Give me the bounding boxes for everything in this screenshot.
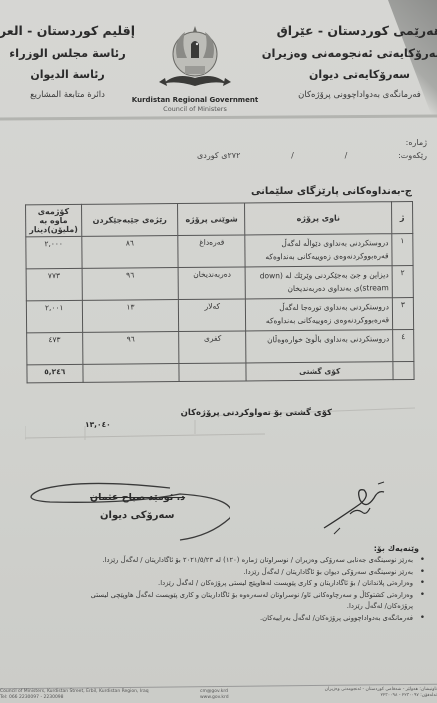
cell-name: دیزاین و جێ بەجێكردنی وێرێك لە (down str… <box>245 266 392 299</box>
cell-location: قەرەداغ <box>178 235 245 268</box>
cc-title: وێنەیەك بۆ: <box>374 544 419 553</box>
footer-english-address: Council of Ministers, Kurdistan Street, … <box>0 689 149 701</box>
cell-num: ٤ <box>393 329 414 361</box>
cell-location: دەربەندیخان <box>179 267 246 300</box>
footer-english-line2: Tel: 066 2230097 - 2230098 <box>0 695 149 701</box>
cc-list: بەرێز نوسینگەی جەنابی سەرۆكی وەزیران / ن… <box>13 555 427 624</box>
col-header-num: ژ <box>392 202 413 234</box>
footer-kurdish-line2: تەلەفۆن: ٢٢٣٠٠٩٧ - ٢٢٣٠٠٩٨ <box>325 693 437 699</box>
signatory-name: د. ئومێد صباح عثمان <box>90 492 185 503</box>
cell-num: ٢ <box>392 266 413 298</box>
header-arabic: إقليم كوردستان - العراق رئاسة مجلس الوزر… <box>0 20 135 104</box>
logo-caption-krg: Kurdistan Regional Government <box>130 96 260 105</box>
grand-total-label: كۆی گشتی بۆ تەواوكردنی پرۆژەكان <box>181 408 332 418</box>
table-header-row: ژ ناوی پرۆژە شوێنی پرۆژە رێژەی جێبەجێكرد… <box>26 202 413 237</box>
col-header-completion: رێژەی جێبەجێكردن <box>81 204 178 237</box>
col-header-location: شوێنی پرۆژە <box>178 203 245 236</box>
cell-empty <box>83 364 180 383</box>
logo-caption-council: Council of Ministers <box>130 105 260 114</box>
header-kurdish-council: سەرۆكایەتی ئەنجومەنی وەزیران <box>272 42 437 64</box>
cell-name: دروستكردنی بەنداوی باڵوێ خوارەوەڵان <box>246 330 393 363</box>
date-year: ٢٧٢ی كوردی <box>197 151 240 160</box>
cell-cost: ٢,٠٠٠ <box>26 236 82 268</box>
cell-location: كەلار <box>179 299 246 332</box>
header-arabic-region: إقليم كوردستان - العراق <box>0 20 135 42</box>
cell-completion: ٩٦ <box>82 332 179 365</box>
header-arabic-diwan: رئاسة الديوان <box>0 64 135 86</box>
date-slash-2: / <box>291 151 294 160</box>
date-label: رێكەوت: <box>398 151 427 160</box>
projects-table: ژ ناوی پرۆژە شوێنی پرۆژە رێژەی جێبەجێكرد… <box>25 201 415 383</box>
cc-item: بەرێز نوسینگەی سەرۆكی دیوان بۆ ئاگاداریت… <box>13 567 413 579</box>
cell-name: دروستكردنی بەنداوی دێواڵە لەگەڵ قەرەبووك… <box>245 234 392 267</box>
header-kurdish: هەرێمی كوردستان - عێراق سەرۆكایەتی ئەنجو… <box>272 20 437 104</box>
grand-total-value: ١٣,٠٤٠ <box>85 420 111 429</box>
cc-item: فەرمانگەی بەدواداچوونی پرۆژەكان/ لەگەڵ ب… <box>13 613 413 625</box>
footer-kurdish-address: ناونیشان: هەولێر - شەقامی كوردستان - ئەن… <box>325 687 437 699</box>
table-row: ٢ دیزاین و جێ بەجێكردنی وێرێك لە (down s… <box>26 266 413 301</box>
header-arabic-department: دائرة متابعة المشاريع <box>0 86 135 104</box>
cell-cost: ٧٧٣ <box>26 268 82 300</box>
table-total-row: كۆی گشتی ٥,٢٤٦ <box>27 361 414 382</box>
cell-empty <box>393 361 414 379</box>
footer-website: www.gov.krd <box>200 695 229 701</box>
section-title: ج-بەنداوەكانی پارێزگای سلێمانی <box>251 186 412 197</box>
header-divider <box>0 114 437 120</box>
cell-num: ١ <box>392 234 413 266</box>
table-row: ١ دروستكردنی بەنداوی دێواڵە لەگەڵ قەرەبو… <box>26 234 413 269</box>
logo-caption: Kurdistan Regional Government Council of… <box>130 96 260 114</box>
col-header-cost: كۆژمەی ماوە بە (ملیۆن)دینار <box>26 204 82 236</box>
signatory-title: سەرۆكی دیوان <box>100 510 174 521</box>
cc-item: وەزارەتی پلاندانان / بۆ ئاگاداریتان و كا… <box>13 578 413 590</box>
cell-cost: ٢,٠٠١ <box>26 300 82 332</box>
cc-item: وەزارەتی كشتوكاڵ و سەرچاوەكانی ئاو/ نوسر… <box>13 590 413 602</box>
cell-empty <box>179 363 246 382</box>
handwritten-signature-icon <box>320 478 390 538</box>
date-slash-1: / <box>345 151 348 160</box>
col-header-name: ناوی پرۆژە <box>245 202 392 235</box>
header-kurdish-region: هەرێمی كوردستان - عێراق <box>272 20 437 42</box>
cell-cost: ٤٧٣ <box>27 332 83 364</box>
cell-location: كفری <box>179 331 246 364</box>
header-arabic-council: رئاسة مجلس الوزراء <box>0 42 135 64</box>
total-label: كۆی گشتی <box>246 362 393 381</box>
table-row: ٣ دروستكردنی بەنداوی تورەجا لەگەڵ قەرەبو… <box>26 298 413 333</box>
cell-completion: ٨٦ <box>81 236 178 269</box>
cell-completion: ٩٦ <box>82 268 179 301</box>
reference-number: ژمارە: <box>406 138 427 147</box>
reference-date: رێكەوت: / / ٢٧٢ی كوردی <box>197 151 427 160</box>
cc-item: بەرێز نوسینگەی جەنابی سەرۆكی وەزیران / ن… <box>13 555 413 567</box>
table-row: ٤ دروستكردنی بەنداوی باڵوێ خوارەوەڵان كف… <box>27 329 414 364</box>
header-kurdish-department: فەرمانگەی بەدواداچوونی پرۆژەكان <box>272 86 437 104</box>
header-kurdish-diwan: سەرۆكایەتی دیوان <box>272 64 437 86</box>
krg-emblem-icon <box>155 18 235 96</box>
footer-contact: cm@gov.krd www.gov.krd <box>200 689 229 701</box>
document-page: إقليم كوردستان - العراق رئاسة مجلس الوزر… <box>0 0 437 703</box>
cell-completion: ١٣ <box>82 300 179 333</box>
cc-item-continuation: پرۆژەكان/ لەگەڵ رێزدا. <box>13 601 413 613</box>
cell-name: دروستكردنی بەنداوی تورەجا لەگەڵ قەرەبووك… <box>246 298 393 331</box>
total-value: ٥,٢٤٦ <box>27 364 83 382</box>
cell-num: ٣ <box>392 298 413 330</box>
